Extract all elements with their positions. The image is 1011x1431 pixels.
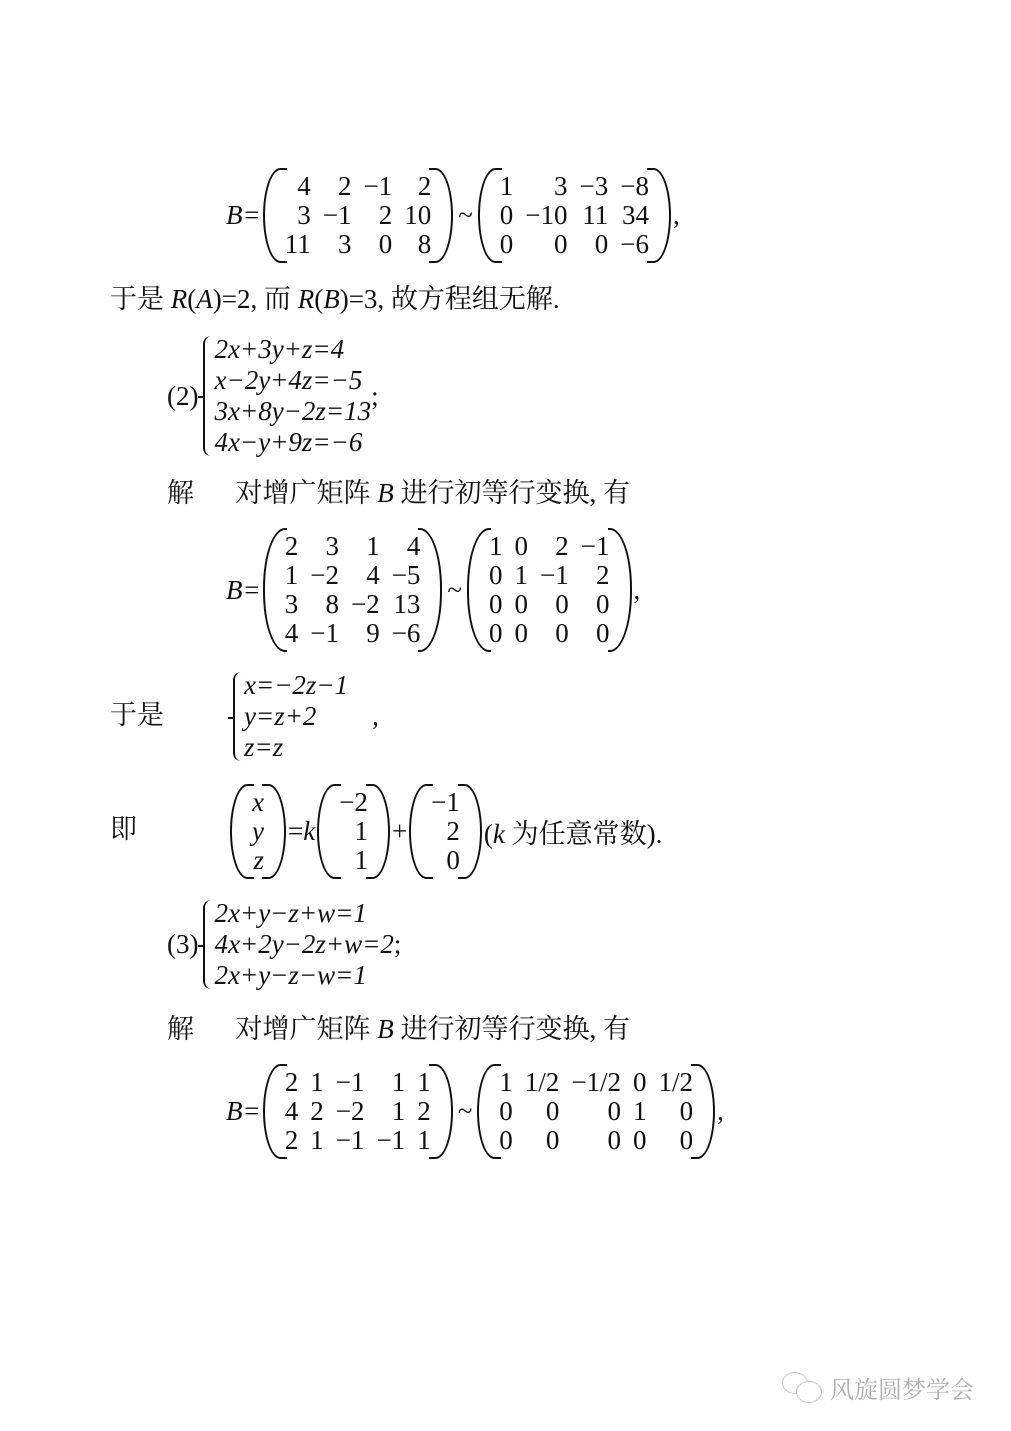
yushi-label: 于是 (110, 702, 164, 729)
matrix-equation-1: B= 42−12 3−1210 11308 ~ 13−3−8 0−101134 … (226, 168, 680, 263)
conclusion-no-solution: 于是 R(A)=2, 而 R(B)=3, 故方程组无解. (110, 286, 560, 313)
equation-system: x=−2z−1 y=z+2 z=z (228, 670, 348, 763)
left-paren (465, 528, 477, 652)
matrix-left: 2314 1−24−5 38−213 4−19−6 (261, 528, 445, 652)
right-paren (705, 1064, 717, 1159)
trailing-semicolon: ; (371, 381, 379, 412)
matrix-cells: 21−111 42−212 21−1−11 (279, 1068, 437, 1155)
trailing-comma: , (673, 200, 680, 231)
lhs-label: B= (226, 200, 261, 231)
equation: 2x+y−z−w=1 (214, 960, 393, 991)
problem-label: (2) (167, 381, 198, 412)
matrix-cells: 2314 1−24−5 38−213 4−19−6 (279, 532, 427, 648)
constant-note: (k 为任意常数). (484, 812, 662, 851)
basis-vector: −2 1 1 (315, 784, 392, 879)
problem-label: (3) (167, 929, 198, 960)
left-brace (198, 898, 210, 991)
matrix-cells: 13−3−8 0−101134 000−6 (494, 172, 655, 259)
equation: 4x−y+9z=−6 (214, 427, 371, 458)
equation: 3x+8y−2z=13 (214, 396, 371, 427)
equation-system: 2x+y−z+w=1 4x+2y−2z+w=2 2x+y−z−w=1 (198, 898, 393, 991)
matrix-left: 42−12 3−1210 11308 (261, 168, 455, 263)
tilde: ~ (455, 200, 476, 231)
jie-label: 解 (167, 1014, 194, 1044)
left-paren (261, 528, 273, 652)
equation: z=z (244, 732, 348, 763)
solution-2-intro: 解 对增广矩阵 B 进行初等行变换, 有 (167, 480, 630, 507)
right-paren (472, 784, 484, 879)
left-paren (315, 784, 327, 879)
tilde: ~ (455, 1096, 476, 1127)
matrix-cells: 102−1 01−12 0000 0000 (483, 532, 615, 648)
left-paren (475, 1064, 487, 1159)
wechat-icon (782, 1372, 824, 1404)
left-brace (198, 334, 210, 458)
equation: x=−2z−1 (244, 670, 348, 701)
left-paren (476, 168, 488, 263)
vector-solution: x y z =k −2 1 1 + −1 2 0 (k 为任意常数). (228, 784, 662, 879)
matrix-right: 11/2−1/201/2 00010 00000 (475, 1064, 717, 1159)
equation: x−2y+4z=−5 (214, 365, 371, 396)
problem-3: (3) 2x+y−z+w=1 4x+2y−2z+w=2 2x+y−z−w=1 ; (167, 898, 401, 991)
left-paren (228, 784, 240, 879)
problem-2: (2) 2x+3y+z=4 x−2y+4z=−5 3x+8y−2z=13 4x−… (167, 334, 379, 458)
left-paren (407, 784, 419, 879)
right-paren (380, 784, 392, 879)
left-paren (261, 1064, 273, 1159)
trailing-comma: , (634, 575, 641, 606)
solution-3-intro: 解 对增广矩阵 B 进行初等行变换, 有 (167, 1016, 630, 1043)
trailing-comma: , (348, 701, 379, 732)
ji-label: 即 (110, 816, 137, 843)
trailing-comma: , (717, 1096, 724, 1127)
equation-system: 2x+3y+z=4 x−2y+4z=−5 3x+8y−2z=13 4x−y+9z… (198, 334, 371, 458)
watermark: 风旋圆梦学会 (782, 1370, 974, 1405)
left-brace (228, 670, 240, 763)
right-paren (443, 168, 455, 263)
equation: y=z+2 (244, 701, 348, 732)
particular-vector: −1 2 0 (407, 784, 484, 879)
matrix-left: 21−111 42−212 21−1−11 (261, 1064, 455, 1159)
matrix-equation-3: B= 21−111 42−212 21−1−11 ~ 11/2−1/201/2 … (226, 1064, 724, 1159)
trailing-semicolon: ; (394, 929, 402, 960)
right-paren (276, 784, 288, 879)
right-paren (622, 528, 634, 652)
matrix-right: 102−1 01−12 0000 0000 (465, 528, 633, 652)
matrix-equation-2: B= 2314 1−24−5 38−213 4−19−6 ~ 102−1 01−… (226, 528, 640, 652)
matrix-cells: 11/2−1/201/2 00010 00000 (493, 1068, 699, 1155)
tilde: ~ (444, 575, 465, 606)
left-paren (261, 168, 273, 263)
right-paren (661, 168, 673, 263)
equation: 2x+3y+z=4 (214, 334, 371, 365)
general-solution-system: x=−2z−1 y=z+2 z=z , (228, 670, 379, 763)
right-paren (443, 1064, 455, 1159)
jie-label: 解 (167, 478, 194, 508)
variable-vector: x y z (228, 784, 288, 879)
watermark-text: 风旋圆梦学会 (830, 1370, 974, 1405)
lhs-label: B= (226, 1096, 261, 1127)
matrix-cells: 42−12 3−1210 11308 (279, 172, 437, 259)
equation: 4x+2y−2z+w=2 (214, 929, 393, 960)
lhs-label: B= (226, 575, 261, 606)
equation: 2x+y−z+w=1 (214, 898, 393, 929)
right-paren (432, 528, 444, 652)
matrix-right: 13−3−8 0−101134 000−6 (476, 168, 673, 263)
